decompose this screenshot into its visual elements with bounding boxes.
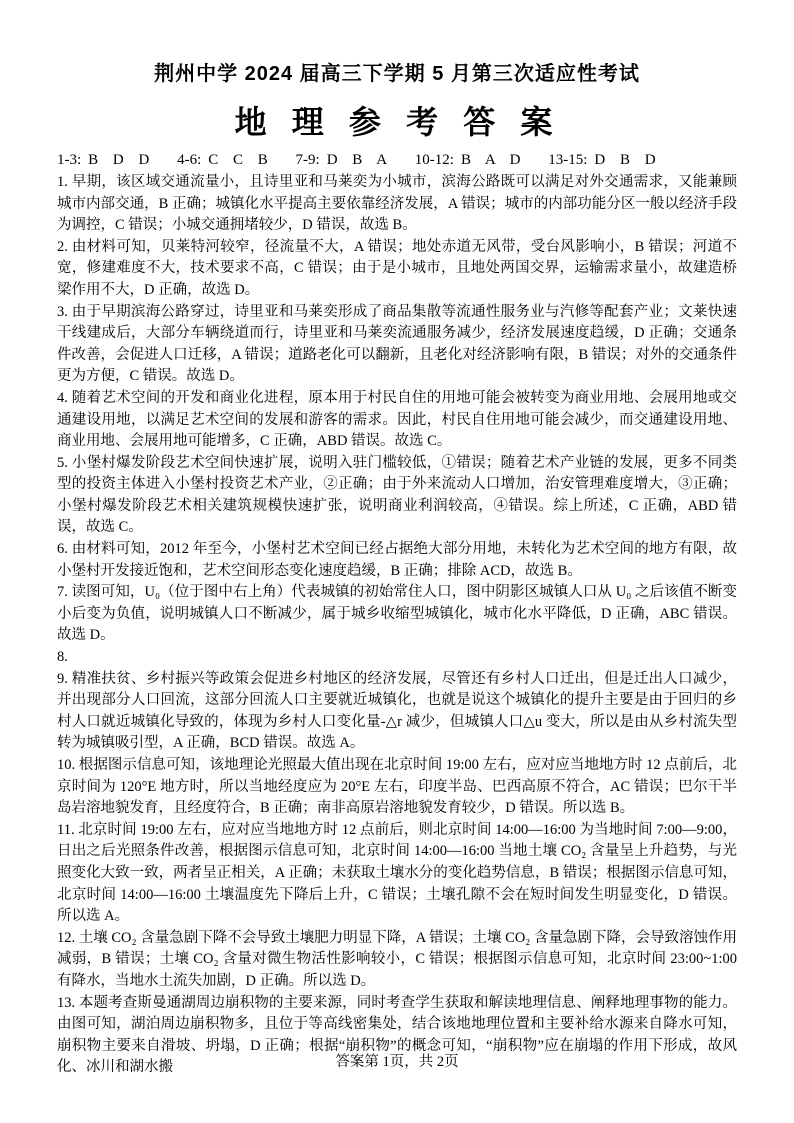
answer-range: 10-12:	[415, 152, 454, 168]
answer-group-1-3: 1-3:B D D	[57, 152, 149, 168]
explanation-q12: 12. 土壤 CO₂ 含量急剧下降不会导致土壤肥力明显下降，A 错误；土壤 CO…	[57, 928, 737, 993]
page-title: 地 理 参 考 答 案	[57, 103, 737, 141]
answer-letters: C C B	[208, 152, 268, 168]
school-exam-title: 荆州中学 2024 届高三下学期 5 月第三次适应性考试	[57, 62, 737, 87]
explanation-q7: 7. 读图可知，U₀（位于图中右上角）代表城镇的初始常住人口，图中阴影区城镇人口…	[57, 582, 737, 647]
explanation-q11: 11. 北京时间 19:00 左右，应对应当地地方时 12 点前后，则北京时间 …	[57, 820, 737, 928]
explanation-q5: 5. 小堡村爆发阶段艺术空间快速扩展，说明入驻门槛较低，①错误；随着艺术产业链的…	[57, 453, 737, 539]
explanation-q10: 10. 根据图示信息可知，该地理论光照最大值出现在北京时间 19:00 左右，应…	[57, 755, 737, 820]
explanation-q3: 3. 由于早期滨海公路穿过，诗里亚和马莱奕形成了商品集散等流通性服务业与汽修等配…	[57, 302, 737, 388]
answer-range: 4-6:	[177, 152, 201, 168]
explanation-q6: 6. 由材料可知，2012 年至今，小堡村艺术空间已经占据绝大部分用地，未转化为…	[57, 539, 737, 582]
explanation-q9: 9. 精准扶贫、乡村振兴等政策会促进乡村地区的经济发展，尽管还有乡村人口迁出，但…	[57, 669, 737, 755]
answer-group-7-9: 7-9:D B A	[296, 152, 388, 168]
explanations-section: 1. 早期，该区域交通流量小，且诗里亚和马莱奕为小城市，滨海公路既可以满足对外交…	[57, 172, 737, 1079]
explanation-q1: 1. 早期，该区域交通流量小，且诗里亚和马莱奕为小城市，滨海公路既可以满足对外交…	[57, 172, 737, 237]
answer-group-10-12: 10-12:B A D	[415, 152, 521, 168]
answer-sheet-page: 荆州中学 2024 届高三下学期 5 月第三次适应性考试 地 理 参 考 答 案…	[0, 0, 794, 1123]
answer-letters: B A D	[461, 152, 521, 168]
answer-group-13-15: 13-15:D B D	[548, 152, 655, 168]
answer-range: 7-9:	[296, 152, 320, 168]
answer-letters: D B A	[327, 152, 387, 168]
page-footer: 答案第 1页，共 2页	[0, 1054, 794, 1071]
explanation-q2: 2. 由材料可知，贝莱特河较窄，径流量不大，A 错误；地处赤道无风带，受台风影响…	[57, 237, 737, 302]
answer-letters: B D D	[88, 152, 149, 168]
answer-range: 13-15:	[548, 152, 587, 168]
answer-letters: D B D	[594, 152, 655, 168]
answer-range: 1-3:	[57, 152, 81, 168]
answer-key-line: 1-3:B D D 4-6:C C B 7-9:D B A 10-12:B A …	[57, 150, 737, 172]
page-content: 荆州中学 2024 届高三下学期 5 月第三次适应性考试 地 理 参 考 答 案…	[0, 0, 794, 1079]
explanation-q8: 8.	[57, 647, 737, 669]
answer-group-4-6: 4-6:C C B	[177, 152, 268, 168]
explanation-q4: 4. 随着艺术空间的开发和商业化进程，原本用于村民自住的用地可能会被转变为商业用…	[57, 388, 737, 453]
